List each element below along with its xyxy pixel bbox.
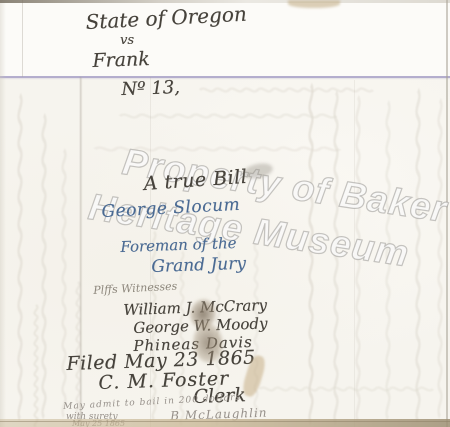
document-scan: Property of Baker Heritage Museum State … [0, 0, 450, 427]
foreman-title-line2: Grand Jury [151, 254, 246, 277]
paper-edge-bottom-line [0, 421, 450, 422]
fold-crease-top [22, 0, 23, 77]
case-versus: vs [120, 33, 134, 48]
case-number: Nº 13, [121, 77, 180, 100]
ruled-line [0, 76, 450, 78]
paper-edge-left [0, 0, 6, 427]
paper-tear-notch [288, 0, 340, 8]
case-defendant: Frank [92, 48, 150, 72]
paper-edge-top [0, 0, 450, 3]
